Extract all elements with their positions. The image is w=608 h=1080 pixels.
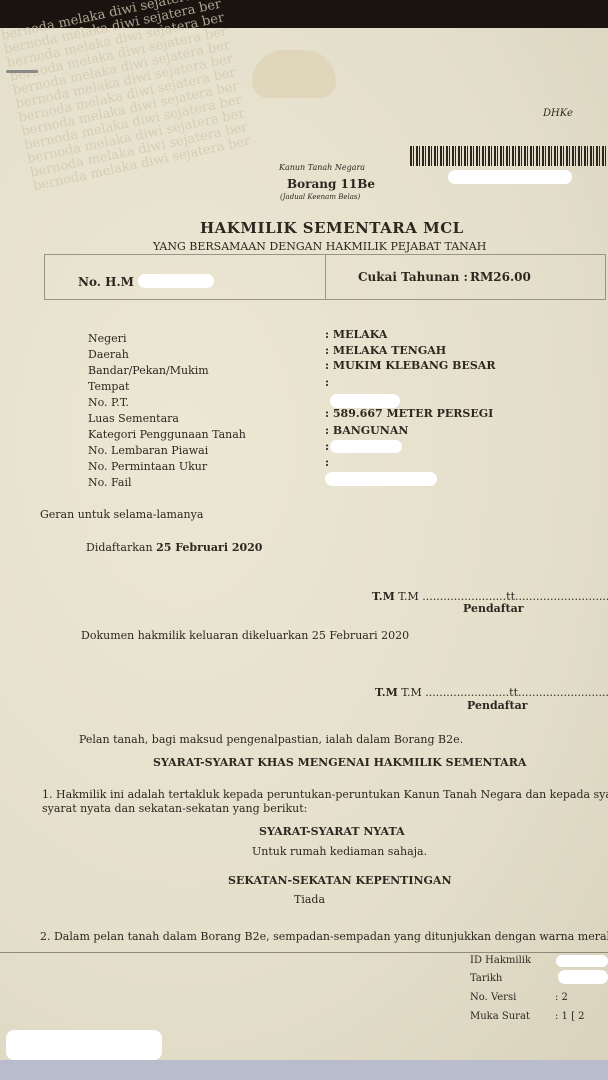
- footer-date-label: Tarikh: [470, 973, 502, 984]
- footer-id-label: ID Hakmilik: [470, 955, 531, 966]
- detail-value: : 589.667 METER PERSEGI: [325, 407, 493, 420]
- act-name: Kanun Tanah Negara: [279, 163, 365, 172]
- detail-value: :: [325, 456, 329, 469]
- footer-page-value: : 1 [ 2: [555, 1011, 585, 1022]
- annual-tax-label: Cukai Tahunan :: [358, 270, 468, 284]
- document-subtitle: YANG BERSAMAAN DENGAN HAKMILIK PEJABAT T…: [153, 240, 486, 253]
- staple-mark: [6, 70, 38, 73]
- restrictions-text: Tiada: [294, 893, 325, 906]
- grant-term: Geran untuk selama-lamanya: [40, 508, 203, 521]
- clause-2: 2. Dalam pelan tanah dalam Borang B2e, s…: [40, 930, 608, 943]
- registrar-role-2: Pendaftar: [467, 699, 528, 712]
- footer-page-label: Muka Surat: [470, 1011, 530, 1022]
- box-divider: [325, 255, 326, 299]
- express-conditions-text: Untuk rumah kediaman sahaja.: [252, 845, 427, 858]
- clause-1-line-1: 1. Hakmilik ini adalah tertakluk kepada …: [42, 788, 608, 801]
- issue-statement: Dokumen hakmilik keluaran dikeluarkan 25…: [81, 629, 409, 642]
- schedule-label: (Jadual Keenam Belas): [280, 193, 360, 201]
- restrictions-heading: SEKATAN-SEKATAN KEPENTINGAN: [228, 874, 452, 887]
- detail-label: Negeri: [88, 332, 126, 345]
- registered-prefix: Didaftarkan: [86, 541, 153, 554]
- detail-label: No. P.T.: [88, 396, 129, 409]
- detail-value: : MELAKA TENGAH: [325, 344, 446, 357]
- redacted-title-id: [556, 955, 608, 967]
- document-title: HAKMILIK SEMENTARA MCL: [200, 219, 464, 237]
- detail-value: : MELAKA: [325, 328, 387, 341]
- redacted-sheet-number: [330, 440, 402, 453]
- detail-label: No. Permintaan Ukur: [88, 460, 207, 473]
- registered-date: 25 Februari 2020: [156, 541, 262, 554]
- footer-rule: [0, 952, 608, 953]
- detail-label: No. Lembaran Piawai: [88, 444, 208, 457]
- plan-note: Pelan tanah, bagi maksud pengenalpastian…: [79, 733, 463, 746]
- detail-label: Bandar/Pekan/Mukim: [88, 364, 209, 377]
- express-conditions-heading: SYARAT-SYARAT NYATA: [259, 825, 405, 838]
- annual-tax-value: RM26.00: [470, 270, 531, 284]
- redacted-barcode-number: [448, 170, 572, 184]
- detail-label: Kategori Penggunaan Tanah: [88, 428, 246, 441]
- detail-label: Luas Sementara: [88, 412, 179, 425]
- redacted-file-number: [325, 472, 437, 486]
- background-bottom: [0, 1060, 608, 1080]
- registrar-role-1: Pendaftar: [463, 602, 524, 615]
- detail-value: :: [325, 440, 329, 453]
- detail-value: : BANGUNAN: [325, 424, 408, 437]
- footer-version-value: : 2: [555, 992, 568, 1003]
- detail-value: : MUKIM KLEBANG BESAR: [325, 359, 495, 372]
- registered-date-line: Didaftarkan 25 Februari 2020: [86, 541, 262, 554]
- detail-label: Daerah: [88, 348, 129, 361]
- crest-emblem-icon: [252, 50, 336, 98]
- barcode: [410, 146, 608, 166]
- redacted-pt-number: [330, 394, 400, 408]
- footer-version-label: No. Versi: [470, 992, 516, 1003]
- hm-number-label: No. H.M: [78, 275, 134, 289]
- detail-value: :: [325, 376, 329, 389]
- detail-label: Tempat: [88, 380, 129, 393]
- clause-1-line-2: syarat nyata dan sekatan-sekatan yang be…: [42, 802, 307, 815]
- registrar-signature-line-2: T.M T.M ........................tt......…: [375, 686, 608, 699]
- form-code: DHKe: [543, 108, 573, 119]
- redacted-footer-info: [6, 1030, 162, 1060]
- special-conditions-heading: SYARAT-SYARAT KHAS MENGENAI HAKMILIK SEM…: [153, 756, 526, 769]
- redacted-date: [558, 970, 608, 984]
- redacted-hm-number: [138, 274, 214, 288]
- detail-label: No. Fail: [88, 476, 132, 489]
- form-number: Borang 11Be: [287, 177, 375, 191]
